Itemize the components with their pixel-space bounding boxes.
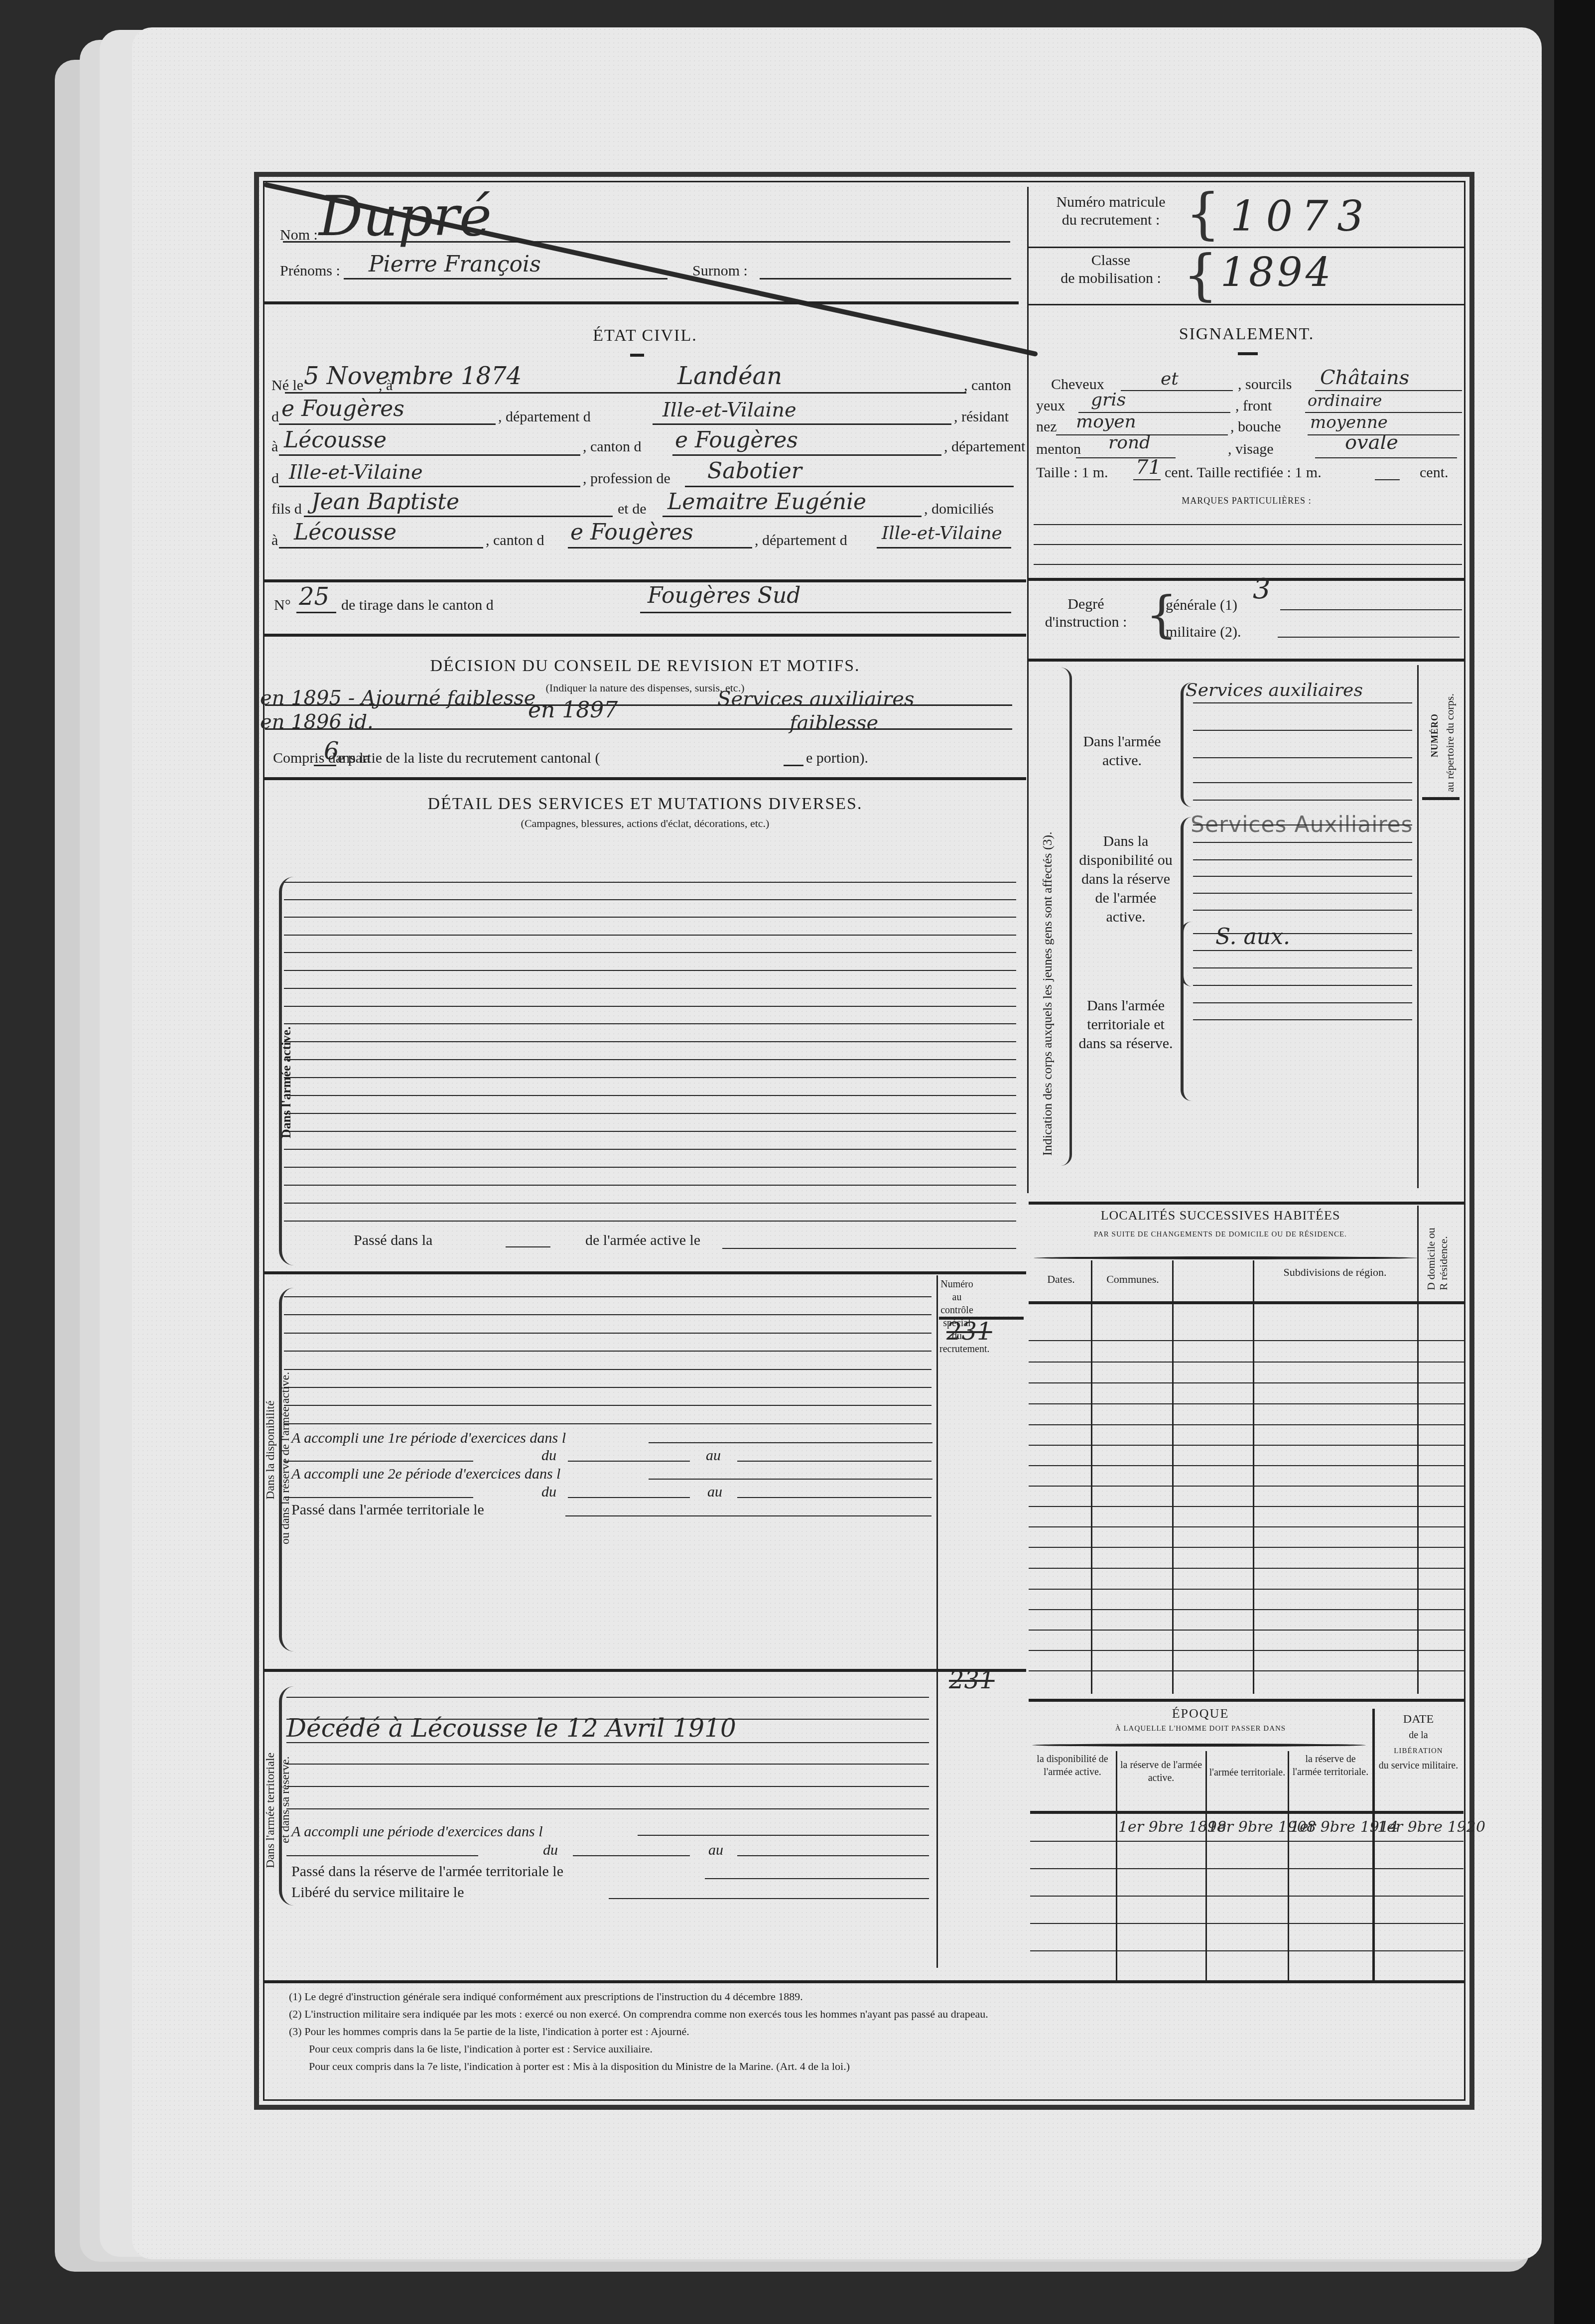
epoque-row-line <box>1030 1841 1463 1842</box>
pere-value[interactable]: Jean Baptiste <box>311 489 459 515</box>
deces-note[interactable]: Décédé à Lécousse le 12 Avril 1910 <box>286 1714 736 1743</box>
localites-row-line <box>1029 1382 1464 1383</box>
epoque-ornament <box>1032 1744 1366 1747</box>
corps-territoriale-label: Dans l'armée territoriale et dans sa rés… <box>1076 996 1176 1053</box>
taille-value[interactable]: 71 <box>1136 456 1161 479</box>
decision-mid[interactable]: en 1897 <box>528 697 618 723</box>
residence-a-label: à <box>271 438 278 455</box>
services-subtitle: (Campagnes, blessures, actions d'éclat, … <box>264 817 1026 830</box>
libere-label: Libéré du service militaire le <box>291 1884 464 1901</box>
nez-label: nez <box>1036 418 1057 435</box>
tirage-divider <box>264 634 1026 637</box>
a-label: , à <box>379 377 393 394</box>
active-line <box>284 882 1016 883</box>
localites-side-col-1: D domicile ou <box>1425 1228 1438 1290</box>
territoriale-line <box>286 1808 929 1809</box>
epoque-col-territoriale: l'armée territoriale. <box>1208 1766 1287 1779</box>
generale-line <box>1280 609 1462 610</box>
epoque-row-line <box>1030 1950 1463 1951</box>
canton-de-residence-label: , canton d <box>583 438 641 455</box>
corps-active-line <box>1193 800 1412 801</box>
prenoms-value[interactable]: Pierre François <box>369 252 541 277</box>
matricule-label-line-2: du recrutement : <box>1031 211 1191 229</box>
localites-row-line <box>1029 1568 1464 1569</box>
active-line <box>284 1167 1016 1168</box>
domicile-parents-value[interactable]: Lécousse <box>294 520 397 545</box>
fils-de-label: fils d <box>271 501 302 518</box>
periode1-au-label: au <box>706 1447 721 1464</box>
lieu-naissance-value[interactable]: Landéan <box>677 362 782 390</box>
passe-territoriale-line <box>565 1515 931 1516</box>
passe-dans-label: Passé dans la <box>354 1232 432 1249</box>
territoriale-periode-line <box>638 1835 929 1836</box>
active-line <box>284 1006 1016 1007</box>
pere-line <box>304 516 613 517</box>
compris-value[interactable]: 6 <box>324 737 339 765</box>
corps-dispo-label: Dans la disponibilité ou dans la réserve… <box>1076 832 1176 927</box>
decision-line-2-left[interactable]: en 1896 id. <box>260 710 374 733</box>
localites-title: LOCALITÉS SUCCESSIVES HABITÉES <box>1029 1208 1412 1223</box>
canton-de-label: d <box>271 409 279 425</box>
departement-naissance-line <box>653 423 951 425</box>
periode1-du-line <box>568 1461 690 1462</box>
decision-line-2-right[interactable]: faiblesse <box>790 711 878 734</box>
epoque-col-reserve-active: la réserve de l'armée active. <box>1118 1759 1204 1784</box>
periode1-au-line <box>737 1461 931 1462</box>
footnotes-divider <box>264 1980 1464 1983</box>
bouche-label: , bouche <box>1230 418 1281 435</box>
corps-active-value[interactable]: Services auxiliaires <box>1186 680 1363 700</box>
militaire-line <box>1278 637 1460 638</box>
epoque-subtitle: À LAQUELLE L'HOMME DOIT PASSER DANS <box>1029 1725 1372 1733</box>
etat-civil-title: ÉTAT CIVIL. <box>264 326 1026 345</box>
canton-residence-line <box>672 454 941 456</box>
decision-line-2 <box>265 728 1012 730</box>
compris-suffix: e partie de la liste du recrutement cant… <box>338 750 600 767</box>
dispo-line <box>284 1314 931 1315</box>
marques-divider <box>1029 578 1464 581</box>
profession-line <box>685 486 1014 487</box>
dispo-line <box>284 1333 931 1334</box>
localites-col-communes: Communes. <box>1093 1273 1172 1286</box>
epoque-col-divider <box>1205 1751 1207 1980</box>
liberation-value[interactable]: 1er 9bre 1920 <box>1377 1818 1485 1836</box>
localites-row-line <box>1029 1670 1464 1671</box>
profession-label: , profession de <box>583 470 670 487</box>
canton-naissance-line <box>279 423 496 425</box>
portion-line <box>784 765 803 766</box>
matricule-label-line-1: Numéro matricule <box>1031 193 1191 211</box>
corps-territoriale-value[interactable]: S. aux. <box>1215 924 1290 950</box>
decision-line-1-right[interactable]: Services auxiliaires <box>717 687 914 710</box>
canton-parents-line <box>568 547 752 548</box>
matricule-divider <box>1027 247 1465 248</box>
periode2-au-label: au <box>707 1484 722 1501</box>
localites-row-line <box>1029 1403 1464 1404</box>
departement-residence-line <box>279 486 580 487</box>
classe-brace: { <box>1183 243 1218 307</box>
corps-active-line <box>1193 702 1412 703</box>
mere-line <box>663 516 922 517</box>
active-line <box>284 917 1016 918</box>
header-divider <box>264 301 1019 304</box>
active-line <box>284 970 1016 971</box>
decision-title: DÉCISION DU CONSEIL DE REVISION ET MOTIF… <box>264 657 1026 676</box>
visage-label: , visage <box>1228 441 1274 458</box>
services-title: DÉTAIL DES SERVICES ET MUTATIONS DIVERSE… <box>264 795 1026 814</box>
passe-territoriale-label: Passé dans l'armée territoriale le <box>291 1502 484 1518</box>
profession-value[interactable]: Sabotier <box>707 458 802 484</box>
territoriale-side-label-2: et dans sa réserve. <box>279 1756 292 1843</box>
liberation-label: DATE de la LIBÉRATION du service militai… <box>1375 1711 1462 1772</box>
periode2-au-line <box>737 1497 931 1498</box>
localites-row-line <box>1029 1547 1464 1548</box>
localites-row-line <box>1029 1465 1464 1466</box>
epoque-col-divider <box>1116 1751 1117 1980</box>
degre-label-line-1: Degré <box>1036 595 1136 613</box>
marques-line <box>1034 564 1462 565</box>
footnote-3: (3) Pour les hommes compris dans la 5e p… <box>289 2025 689 2038</box>
matricule-label: Numéro matricule du recrutement : <box>1031 193 1191 229</box>
corps-dispo-line <box>1193 824 1412 825</box>
localites-side-col-2: R résidence. <box>1437 1236 1450 1290</box>
localites-row-line <box>1029 1506 1464 1507</box>
sourcils-value[interactable]: Châtains <box>1320 366 1409 389</box>
corps-territoriale-line <box>1193 1002 1412 1003</box>
libere-line <box>609 1898 929 1899</box>
surnom-field-line <box>760 278 1011 279</box>
epoque-col-reserve-territoriale: la réserve de l'armée territoriale. <box>1290 1753 1371 1778</box>
localites-row-line <box>1029 1445 1464 1446</box>
degre-label-line-2: d'instruction : <box>1036 613 1136 631</box>
generale-value[interactable]: 3 <box>1253 573 1271 605</box>
mere-value[interactable]: Lemaitre Eugénie <box>667 489 866 515</box>
territoriale-au-line <box>737 1855 929 1856</box>
departement-residence-value[interactable]: Ille-et-Vilaine <box>289 461 423 484</box>
active-line <box>284 1059 1016 1060</box>
footnote-1: (1) Le degré d'instruction générale sera… <box>289 1990 803 2003</box>
domicile-parents-line <box>279 547 483 548</box>
corps-active-line <box>1193 730 1412 731</box>
front-value[interactable]: ordinaire <box>1308 391 1382 410</box>
residant-label: , résidant <box>954 409 1009 425</box>
decision-line-1-left[interactable]: en 1895 - Ajourné faiblesse <box>260 686 536 709</box>
taille-line <box>1133 479 1161 480</box>
marques-line <box>1034 544 1462 545</box>
liberation-label-2: de la <box>1375 1727 1462 1743</box>
classe-value[interactable]: 1894 <box>1220 249 1334 295</box>
corps-territoriale-line <box>1193 950 1412 951</box>
canton-parents-label: , canton d <box>486 532 544 549</box>
marques-line <box>1034 524 1462 525</box>
active-line <box>284 988 1016 989</box>
departement-parents-line <box>877 547 1011 548</box>
corps-dispo-line <box>1193 893 1412 894</box>
tirage-label: de tirage dans le canton d <box>341 597 494 614</box>
footnote-5: Pour ceux compris dans la 7e liste, l'in… <box>309 2060 850 2073</box>
generale-label: générale (1) <box>1166 597 1237 614</box>
passe-reserve-territoriale-line <box>705 1878 929 1879</box>
dispo-line <box>284 1423 931 1424</box>
active-line <box>284 1113 1016 1114</box>
active-line <box>284 1131 1016 1132</box>
periode2-du-line-a <box>284 1497 473 1498</box>
departement-naissance-value[interactable]: Ille-et-Vilaine <box>663 399 797 421</box>
departement2-label: , département <box>944 438 1025 455</box>
yeux-label: yeux <box>1036 398 1065 414</box>
active-side-label: Dans l'armée active. <box>279 1026 294 1138</box>
territoriale-line <box>286 1697 929 1698</box>
corps-territoriale-line <box>1193 967 1412 968</box>
localites-row-line <box>1029 1650 1464 1651</box>
localites-row-line <box>1029 1486 1464 1487</box>
corps-dispo-line <box>1193 859 1412 860</box>
tirage-canton-value[interactable]: Fougères Sud <box>648 583 800 608</box>
tirage-no-line <box>296 612 336 613</box>
territoriale-line <box>286 1786 929 1787</box>
localites-ornament <box>1034 1256 1417 1259</box>
degre-label: Degré d'instruction : <box>1036 595 1136 631</box>
ne-le-label: Né le <box>271 377 303 394</box>
territoriale-du-label: du <box>543 1842 558 1859</box>
canton-label: , canton <box>964 377 1011 394</box>
liberation-label-4: du service militaire. <box>1375 1759 1462 1772</box>
localites-divider <box>1029 1699 1464 1702</box>
matricule-brace: { <box>1186 182 1220 246</box>
prenoms-label: Prénoms : <box>280 263 340 279</box>
departement-d-label: d <box>271 470 279 487</box>
menton-label: menton <box>1036 441 1081 458</box>
et-de-label: et de <box>618 501 646 518</box>
residence-value[interactable]: Lécousse <box>284 427 387 453</box>
localites-row-line <box>1029 1589 1464 1590</box>
signalement-title: SIGNALEMENT. <box>1029 325 1464 344</box>
corps-active-brace <box>1181 683 1192 807</box>
corps-active-label: Dans l'armée active. <box>1076 732 1168 770</box>
periode1-du-line-a <box>284 1461 473 1462</box>
active-line <box>284 899 1016 900</box>
tirage-no-label: N° <box>274 597 291 614</box>
localites-col-divider <box>1091 1260 1092 1694</box>
repertoire-header-divider <box>1422 797 1460 800</box>
classe-label: Classe de mobilisation : <box>1031 252 1191 287</box>
sourcils-label: , sourcils <box>1238 376 1292 393</box>
decision-divider <box>264 777 1026 780</box>
nom-value[interactable]: Dupré <box>319 184 492 248</box>
corps-territoriale-line <box>1193 933 1412 934</box>
localites-row-line <box>1029 1609 1464 1610</box>
tirage-no-value[interactable]: 25 <box>299 583 329 611</box>
dispo-line <box>284 1351 931 1352</box>
active-line <box>284 952 1016 953</box>
liberation-label-3: LIBÉRATION <box>1375 1743 1462 1759</box>
departement-label: , département d <box>498 409 591 425</box>
passe-dans-label-2: de l'armée active le <box>585 1232 700 1249</box>
ne-le-value[interactable]: 5 Novembre 1874 <box>304 362 522 390</box>
corps-outer-brace <box>1061 668 1072 1166</box>
liberation-label-1: DATE <box>1375 1711 1462 1727</box>
passe-reserve-territoriale-label: Passé dans la réserve de l'armée territo… <box>291 1863 563 1880</box>
etat-civil-divider <box>264 579 1026 582</box>
militaire-label: militaire (2). <box>1166 624 1241 641</box>
periode2-label: A accompli une 2e période d'exercices da… <box>291 1466 560 1483</box>
epoque-col-divider <box>1288 1751 1289 1980</box>
dispo-line <box>284 1296 931 1297</box>
periode1-label: A accompli une 1re période d'exercices d… <box>291 1430 566 1447</box>
corps-active-line <box>1193 757 1412 758</box>
epoque-row-line <box>1030 1923 1463 1924</box>
visage-value[interactable]: ovale <box>1345 431 1398 454</box>
repertoire-column-divider <box>1417 665 1419 1188</box>
active-block-divider <box>264 1271 1026 1274</box>
lieu-naissance-line <box>648 392 966 394</box>
active-line <box>284 1185 1016 1186</box>
repertoire-label-1: NUMÉRO <box>1430 713 1440 757</box>
marques-label: MARQUES PARTICULIÈRES : <box>1029 496 1464 506</box>
canton-residence-value[interactable]: e Fougères <box>675 427 798 453</box>
epoque-header-divider <box>1030 1811 1463 1814</box>
taille-cent-label: cent. Taille rectifiée : 1 m. <box>1165 464 1322 481</box>
passe-dans-line <box>506 1246 550 1247</box>
visage-line <box>1315 457 1457 458</box>
corps-divider <box>1029 1202 1464 1205</box>
controle-column-divider <box>936 1275 938 1669</box>
periode2-line <box>649 1479 932 1480</box>
departement-parents-label: , département d <box>755 532 847 549</box>
dispo-line <box>284 1369 931 1370</box>
footnote-4: Pour ceux compris dans la 6e liste, l'in… <box>309 2043 653 2055</box>
footnote-2: (2) L'instruction militaire sera indiqué… <box>289 2008 988 2021</box>
passe-active-date-line <box>722 1248 1016 1249</box>
surnom-label: Surnom : <box>692 263 748 279</box>
cheveux-value[interactable]: et <box>1161 369 1179 389</box>
classe-divider <box>1027 304 1465 305</box>
residence-line <box>279 454 580 456</box>
corps-territoriale-line <box>1193 985 1412 986</box>
repertoire-label-2: au répertoire du corps. <box>1444 693 1457 792</box>
title-ornament <box>630 354 644 357</box>
matricule-value[interactable]: 1073 <box>1230 192 1373 241</box>
canton-naissance-value[interactable]: e Fougères <box>281 396 404 421</box>
domicile-a-label: à <box>271 532 278 549</box>
canton-parents-value[interactable]: e Fougères <box>570 520 693 545</box>
territoriale-periode-label: A accompli une période d'exercices dans … <box>291 1823 543 1840</box>
epoque-row-line <box>1030 1868 1463 1869</box>
corps-side-label: Indication des corps auxquels les jeunes… <box>1040 831 1055 1156</box>
nez-value[interactable]: moyen <box>1076 411 1136 432</box>
tirage-canton-line <box>640 612 1011 613</box>
yeux-value[interactable]: gris <box>1091 390 1126 410</box>
active-line <box>284 935 1016 936</box>
domicilies-label: , domiciliés <box>924 501 994 518</box>
cent-label: cent. <box>1420 464 1448 481</box>
localites-header-divider <box>1029 1301 1464 1304</box>
epoque-col-dispo: la disponibilité de l'armée active. <box>1030 1753 1115 1778</box>
active-line <box>284 1221 1016 1222</box>
localites-row-line <box>1029 1630 1464 1631</box>
localites-col-divider <box>1172 1260 1174 1694</box>
degre-divider <box>1029 659 1464 662</box>
active-line <box>284 1149 1016 1150</box>
territoriale-side-label-1: Dans l'armée territoriale <box>264 1753 277 1868</box>
corps-dispo-line <box>1193 842 1412 843</box>
territoriale-controle-divider <box>936 1669 938 1968</box>
departement-parents-value[interactable]: Ille-et-Vilaine <box>882 523 1002 544</box>
dispo-side-label-2: ou dans la réserve de l'armée active. <box>279 1372 292 1544</box>
active-line <box>284 1023 1016 1024</box>
localites-row-line <box>1029 1340 1464 1341</box>
corps-active-line <box>1193 782 1412 783</box>
corps-dispo-line <box>1193 876 1412 877</box>
active-line <box>284 1077 1016 1078</box>
localites-row-line <box>1029 1526 1464 1527</box>
territoriale-au-label: au <box>708 1842 723 1859</box>
portion-suffix: e portion). <box>806 750 868 767</box>
corps-territoriale-brace <box>1181 922 1192 1101</box>
periode1-du-label: du <box>541 1447 556 1464</box>
numero-controle-value[interactable]: 231 <box>946 1318 992 1346</box>
territoriale-numero-value[interactable]: 231 <box>949 1666 995 1694</box>
cheveux-line <box>1121 390 1233 391</box>
signalement-ornament <box>1238 352 1258 355</box>
localites-row-line <box>1029 1424 1464 1425</box>
territoriale-du-line-a <box>286 1855 478 1856</box>
dispo-line <box>284 1405 931 1406</box>
localites-subtitle: PAR SUITE DE CHANGEMENTS DE DOMICILE OU … <box>1029 1230 1412 1239</box>
book-binding <box>1554 0 1595 2324</box>
localites-col-dates: Dates. <box>1031 1273 1091 1286</box>
active-line <box>284 1095 1016 1096</box>
territoriale-line <box>286 1764 929 1765</box>
periode2-du-label: du <box>541 1484 556 1501</box>
classe-label-line-2: de mobilisation : <box>1031 270 1191 287</box>
taille-label: Taille : 1 m. <box>1036 464 1108 481</box>
active-line <box>284 1203 1016 1204</box>
prenoms-field-line <box>344 278 667 279</box>
corps-dispo-line <box>1193 910 1412 911</box>
epoque-title: ÉPOQUE <box>1029 1706 1372 1721</box>
front-label: , front <box>1235 398 1272 414</box>
bouche-value[interactable]: moyenne <box>1310 412 1388 432</box>
periode1-line <box>649 1442 932 1443</box>
localites-col-subdivisions: Subdivisions de région. <box>1255 1265 1415 1279</box>
corps-territoriale-line <box>1193 1019 1412 1020</box>
active-line <box>284 1041 1016 1042</box>
epoque-row-line <box>1030 1896 1463 1897</box>
periode2-du-line <box>568 1497 690 1498</box>
dispo-line <box>284 1387 931 1388</box>
classe-label-line-1: Classe <box>1031 252 1191 270</box>
taille-rectifiee-line <box>1375 479 1400 480</box>
localites-col-divider <box>1253 1260 1254 1694</box>
dispo-side-label-1: Dans la disponibilité <box>264 1400 277 1500</box>
localites-side-divider <box>1417 1206 1419 1694</box>
territoriale-du-line <box>573 1855 690 1856</box>
ne-le-line-2 <box>299 392 648 394</box>
dispo-block-divider <box>264 1669 1026 1672</box>
menton-value[interactable]: rond <box>1108 432 1151 453</box>
localites-row-line <box>1029 1362 1464 1363</box>
